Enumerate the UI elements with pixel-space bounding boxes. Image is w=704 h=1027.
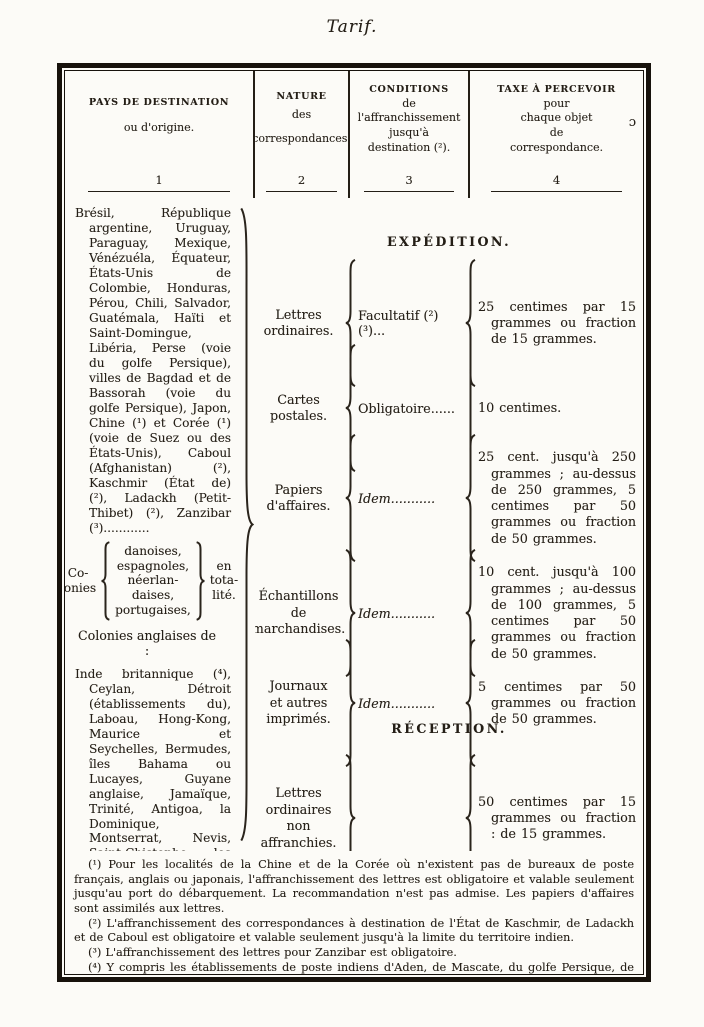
tariff-row-lettres-non-affranchies: Lettres ordinaires non affranchies. 50 c… [255, 748, 643, 851]
column-number: 3 [405, 173, 412, 188]
colonies-group: Co- lonies danoises, espagnoles, néerlan… [75, 541, 223, 621]
header-line: de [402, 97, 416, 111]
footnote-2: (²) L'affranchissement des correspondanc… [74, 917, 634, 946]
header-underline [491, 191, 622, 192]
footnote-3: (³) L'affranchissement des lettres pour … [74, 946, 634, 961]
table-header-row: PAYS DE DESTINATION ou d'origine. 1 NATU… [65, 71, 643, 198]
nature-label: Lettres ordinaires non affranchies. [255, 748, 342, 851]
table-inner-border: PAYS DE DESTINATION ou d'origine. 1 NATU… [64, 70, 644, 975]
header-line: ou d'origine. [124, 121, 194, 135]
header-line: TAXE À PERCEVOIR [497, 84, 616, 95]
colonies-items: danoises, espagnoles, néerlan- daises, p… [115, 544, 191, 618]
header-underline [266, 191, 337, 192]
header-line: de [550, 126, 564, 140]
footnote-4: (⁴) Y compris les établissements de post… [74, 961, 634, 974]
header-line: NATURE [276, 91, 326, 102]
table-body: Brésil, République argentine, Uruguay, P… [65, 198, 643, 851]
english-colonies-heading: Colonies anglaises de : [75, 628, 219, 658]
header-line: jusqu'à [389, 126, 429, 140]
tariff-row-lettres-ordinaires: Lettres ordinaires. Facultatif (²) (³)..… [255, 253, 643, 338]
destinations-close-brace-icon [239, 202, 254, 847]
header-line: chaque objet [521, 111, 593, 125]
footnotes-section: (¹) Pour les localités de la Chine et de… [65, 851, 643, 974]
taxe-value: 25 cent. jusqu'à 250 grammes ; au-dessus… [478, 449, 643, 547]
header-line: correspondances. [255, 132, 350, 146]
curly-brace-right-icon [195, 541, 206, 621]
colonies-totality-label: en tota- lité. [210, 559, 238, 603]
table-frame: PAYS DE DESTINATION ou d'origine. 1 NATU… [57, 63, 651, 982]
header-line: destination (²). [368, 141, 450, 155]
destinations-paragraph-2: Inde britannique (⁴), Ceylan, Détroit (é… [75, 667, 231, 851]
tariff-row-papiers-affaires: Papiers d'affaires. Idem........... 25 c… [255, 428, 643, 543]
header-cell-destinations: PAYS DE DESTINATION ou d'origine. 1 [65, 71, 255, 198]
header-line: PAYS DE DESTINATION [89, 97, 229, 108]
tariff-row-journaux: Journaux et autres imprimés. Idem.......… [255, 633, 643, 703]
header-line: l'affranchissement [358, 111, 461, 125]
column-number: 1 [155, 173, 162, 188]
header-line: pour [543, 97, 569, 111]
destinations-column: Brésil, République argentine, Uruguay, P… [65, 198, 255, 851]
taxe-value: 50 centimes par 15 grammes ou fraction :… [478, 794, 643, 843]
header-underline [88, 191, 231, 192]
curly-brace-left-icon [100, 541, 111, 621]
footnote-1: (¹) Pour les localités de la Chine et de… [74, 858, 634, 917]
curly-brace-left-icon [462, 748, 478, 851]
destinations-paragraph-1: Brésil, République argentine, Uruguay, P… [75, 206, 231, 536]
curly-brace-right-icon [342, 748, 358, 851]
taxe-value: 10 centimes. [478, 400, 643, 416]
section-heading-expedition: EXPÉDITION. [255, 198, 643, 253]
column-number: 4 [553, 173, 560, 188]
header-cell-nature: NATURE des correspondances. 2 [255, 71, 350, 198]
conditions-value [358, 748, 462, 851]
header-cell-taxe: TAXE À PERCEVOIR pour chaque objet de co… [470, 71, 643, 198]
section-heading-reception: RÉCEPTION. [255, 703, 643, 748]
header-line: des [292, 108, 311, 122]
tariff-row-cartes-postales: Cartes postales. Obligatoire...... 10 ce… [255, 338, 643, 428]
header-underline [364, 191, 454, 192]
header-cell-conditions: CONDITIONS de l'affranchissement jusqu'à… [350, 71, 470, 198]
header-line: correspondance. [510, 141, 603, 155]
print-artifact: ɔ [629, 115, 636, 130]
scanned-page: Tarif. PAYS DE DESTINATION ou d'origine.… [0, 0, 704, 1027]
colonies-label: Co- lonies [65, 566, 96, 596]
tariff-row-echantillons: Échantillons de marchandises. Idem......… [255, 543, 643, 633]
rates-column: EXPÉDITION. Lettres ordinaires. Facultat… [255, 198, 643, 851]
header-line: CONDITIONS [369, 84, 449, 95]
page-title: Tarif. [0, 17, 704, 37]
column-number: 2 [298, 173, 305, 188]
